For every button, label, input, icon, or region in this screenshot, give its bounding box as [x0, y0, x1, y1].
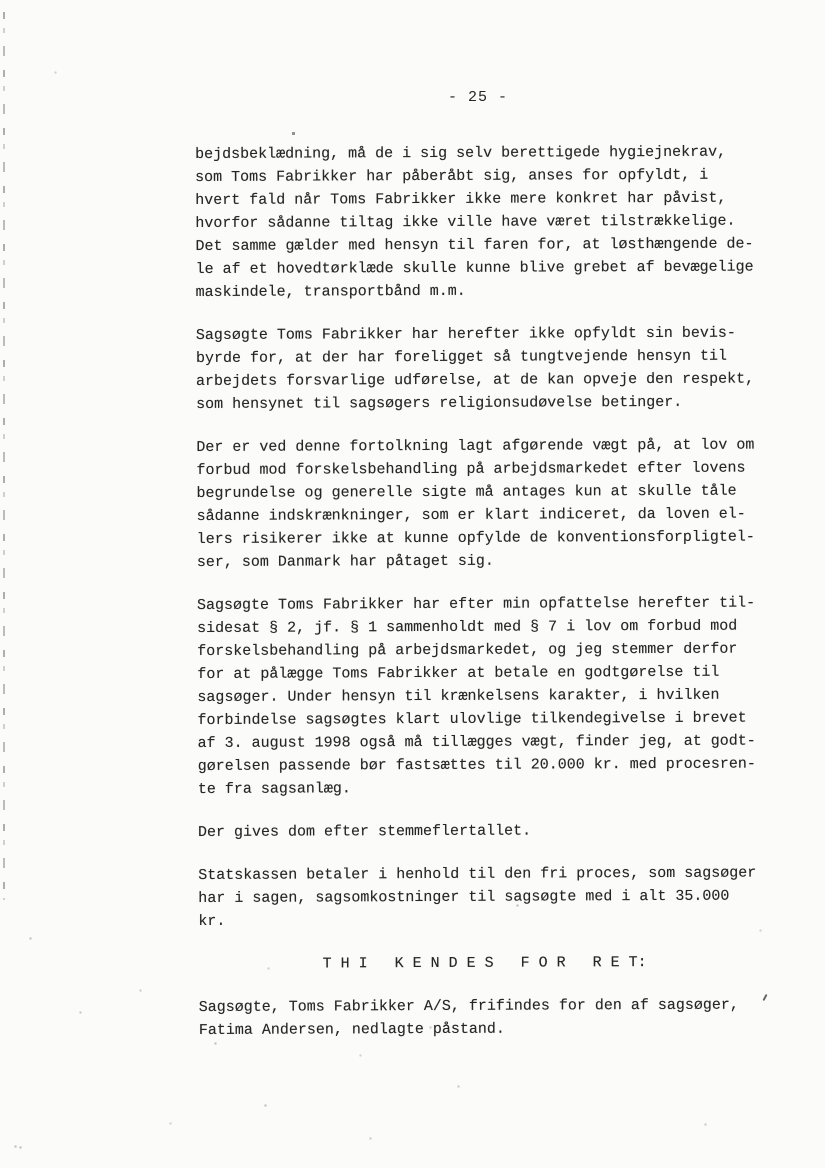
- text-line: Det samme gælder med hensyn til faren fo…: [195, 233, 767, 258]
- text-line: ser, som Danmark har påtaget sig.: [197, 549, 769, 574]
- text-line: le af et hovedtørklæde skulle kunne bliv…: [196, 256, 768, 281]
- text-line: byrde for, at der har foreligget så tung…: [196, 345, 768, 370]
- text-line: lers risikerer ikke at kunne opfylde de …: [197, 526, 769, 551]
- text-line: forbindelse sagsøgtes klart ulovlige til…: [197, 706, 769, 731]
- text-line: for at pålægge Toms Fabrikker at betale …: [197, 660, 769, 685]
- text-line: Sagsøgte, Toms Fabrikker A/S, frifindes …: [199, 993, 771, 1018]
- text-line: kr.: [198, 907, 770, 932]
- text-line: Der gives dom efter stemmeflertallet.: [198, 818, 770, 843]
- text-line: hvert fald når Toms Fabrikker ikke mere …: [195, 187, 767, 212]
- paragraph: Sagsøgte Toms Fabrikker har efter min op…: [197, 591, 770, 800]
- text-line: Sagsøgte Toms Fabrikker har herefter ikk…: [196, 322, 768, 347]
- text-line: gørelsen passende bør fastsættes til 20.…: [198, 752, 770, 777]
- scan-noise-specks: [0, 0, 1, 1]
- text-line: forskelsbehandling på arbejdsmarkedet, o…: [197, 637, 769, 662]
- paragraph: Der er ved denne fortolkning lagt afgøre…: [196, 434, 769, 574]
- text-line: sidesat § 2, jf. § 1 sammenholdt med § 7…: [197, 614, 769, 639]
- text-line: af 3. august 1998 også må tillægges vægt…: [198, 729, 770, 754]
- text-line: sådanne indskrænkninger, som er klart in…: [197, 503, 769, 528]
- text-line: Sagsøgte Toms Fabrikker har efter min op…: [197, 591, 769, 616]
- text-line: te fra sagsanlæg.: [198, 775, 770, 800]
- text-line: Der er ved denne fortolkning lagt afgøre…: [196, 434, 768, 459]
- scanned-document-page: - 25 - bejdsbeklædning, må de i sig selv…: [0, 0, 825, 1168]
- paragraph: Sagsøgte, Toms Fabrikker A/S, frifindes …: [199, 993, 771, 1041]
- document-body: bejdsbeklædning, må de i sig selv berett…: [195, 141, 771, 1042]
- text-line: som Toms Fabrikker har påberåbt sig, ans…: [195, 164, 767, 189]
- text-line: bejdsbeklædning, må de i sig selv berett…: [195, 141, 767, 166]
- text-line: begrundelse og generelle sigte må antage…: [196, 480, 768, 505]
- ruling-heading: T H I K E N D E S F O R R E T:: [199, 950, 771, 975]
- text-line: Statskassen betaler i henhold til den fr…: [198, 861, 770, 886]
- text-line: hvorfor sådanne tiltag ikke ville have v…: [195, 210, 767, 235]
- text-line: sagsøger. Under hensyn til krænkelsens k…: [197, 683, 769, 708]
- paragraph: Sagsøgte Toms Fabrikker har herefter ikk…: [196, 322, 768, 416]
- text-line: Fatima Andersen, nedlagte påstand.: [199, 1016, 771, 1041]
- text-line: har i sagen, sagsomkostninger til sagsøg…: [198, 884, 770, 909]
- text-line: forbud mod forskelsbehandling på arbejds…: [196, 457, 768, 482]
- paragraph: bejdsbeklædning, må de i sig selv berett…: [195, 141, 768, 304]
- page-number: - 25 -: [195, 86, 761, 109]
- text-line: T H I K E N D E S F O R R E T:: [199, 950, 771, 975]
- paragraph: Der gives dom efter stemmeflertallet.: [198, 818, 770, 843]
- text-line: maskindele, transportbånd m.m.: [196, 279, 768, 304]
- scan-edge-artifact: [3, 12, 5, 900]
- paragraph: Statskassen betaler i henhold til den fr…: [198, 861, 770, 932]
- text-line: som hensynet til sagsøgers religionsudøv…: [196, 391, 768, 416]
- text-line: arbejdets forsvarlige udførelse, at de k…: [196, 368, 768, 393]
